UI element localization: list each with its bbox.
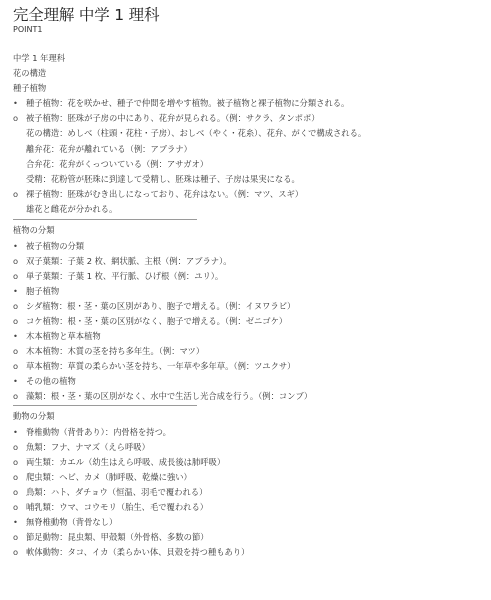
list-item-text: 種子植物：花を咲かせ、種子で仲間を増やす植物。被子植物と裸子植物に分類される。: [26, 96, 349, 111]
bullet-marker: o: [13, 389, 23, 404]
list-item-text: 鳥類：ハト、ダチョウ（恒温、羽毛で覆われる）: [26, 485, 207, 500]
section-divider: [13, 405, 197, 406]
list-item-text: 木本植物：木質の茎を持ち多年生。（例：マツ）: [26, 344, 204, 359]
list-item-text: 離弁花：花弁が離れている（例：アブラナ）: [26, 142, 192, 157]
bullet-marker: •: [13, 329, 23, 344]
section-heading-animal-classification: 動物の分類: [13, 409, 55, 424]
list-item-text: シダ植物：根・茎・葉の区別があり、胞子で増える。（例：イヌワラビ）: [26, 299, 295, 314]
bullet-marker: •: [13, 239, 23, 254]
list-item-text: 双子葉類：子葉 2 枚、網状脈、主根（例：アブラナ）。: [26, 254, 232, 269]
list-item-text: 被子植物：胚珠が子房の中にあり、花弁が見られる。（例：サクラ、タンポポ）: [26, 111, 320, 126]
list-item-text: 胞子植物: [26, 284, 59, 299]
list-item-text: その他の植物: [26, 374, 76, 389]
bullet-marker: o: [13, 455, 23, 470]
list-item-text: 草本植物：草質の柔らかい茎を持ち、一年草や多年草。（例：ツユクサ）: [26, 359, 295, 374]
bullet-marker: o: [13, 187, 23, 202]
list-item-text: 軟体動物：タコ、イカ（柔らかい体、貝殻を持つ種もあり）: [26, 545, 249, 560]
list-item-text: 両生類：カエル（幼生はえら呼吸、成長後は肺呼吸）: [26, 455, 225, 470]
list-item-text: 合弁花：花弁がくっついている（例：アサガオ）: [26, 157, 208, 172]
bullet-marker: o: [13, 299, 23, 314]
bullet-marker: o: [13, 254, 23, 269]
list-item-text: 藻類：根・茎・葉の区別がなく、水中で生活し光合成を行う。（例：コンブ）: [26, 389, 312, 404]
bullet-marker: o: [13, 545, 23, 560]
bullet-marker: o: [13, 314, 23, 329]
list-item-text: 節足動物：昆虫類、甲殻類（外骨格、多数の節）: [26, 530, 209, 545]
section-heading-flower-structure: 花の構造: [13, 66, 46, 81]
list-item-text: 木本植物と草本植物: [26, 329, 101, 344]
bullet-marker: o: [13, 470, 23, 485]
list-item-text: 魚類：フナ、ナマズ（えら呼吸）: [26, 440, 150, 455]
list-item-text: 哺乳類：ウマ、コウモリ（胎生、毛で覆われる）: [26, 500, 208, 515]
bullet-marker: o: [13, 530, 23, 545]
list-item-text: 雄花と雌花が分かれる。: [26, 202, 117, 217]
list-item-text: 爬虫類：ヘビ、カメ（肺呼吸、乾燥に強い）: [26, 470, 192, 485]
section-heading-plant-classification: 植物の分類: [13, 223, 55, 238]
bullet-marker: •: [13, 284, 23, 299]
list-item-text: 花の構造：めしべ（柱頭・花柱・子房）、おしべ（やく・花糸）、花弁、がくで構成され…: [26, 126, 366, 141]
bullet-marker: o: [13, 111, 23, 126]
bullet-marker: o: [13, 485, 23, 500]
bullet-marker: •: [13, 374, 23, 389]
bullet-marker: •: [13, 96, 23, 111]
list-item-text: 無脊椎動物（背骨なし）: [26, 515, 117, 530]
subheading-seed-plants: 種子植物: [13, 81, 46, 96]
list-item-text: コケ植物：根・茎・葉の区別がなく、胞子で増える。（例：ゼニゴケ）: [26, 314, 287, 329]
list-item-text: 被子植物の分類: [26, 239, 84, 254]
document-subtitle: POINT1: [13, 25, 42, 34]
list-item-text: 受精：花粉管が胚珠に到達して受精し、胚珠は種子、子房は果実になる。: [26, 172, 300, 187]
grade-label: 中学 1 年理科: [13, 51, 65, 66]
bullet-marker: o: [13, 344, 23, 359]
bullet-marker: o: [13, 269, 23, 284]
bullet-marker: •: [13, 425, 23, 440]
list-item-text: 単子葉類：子葉 1 枚、平行脈、ひげ根（例：ユリ）。: [26, 269, 223, 284]
bullet-marker: o: [13, 440, 23, 455]
document-title: 完全理解 中学 1 理科: [13, 3, 159, 25]
list-item-text: 裸子植物：胚珠がむき出しになっており、花弁はない。（例：マツ、スギ）: [26, 187, 303, 202]
bullet-marker: o: [13, 500, 23, 515]
bullet-marker: o: [13, 359, 23, 374]
list-item-text: 脊椎動物（背骨あり）：内骨格を持つ。: [26, 425, 171, 440]
bullet-marker: •: [13, 515, 23, 530]
section-divider: [13, 219, 197, 220]
